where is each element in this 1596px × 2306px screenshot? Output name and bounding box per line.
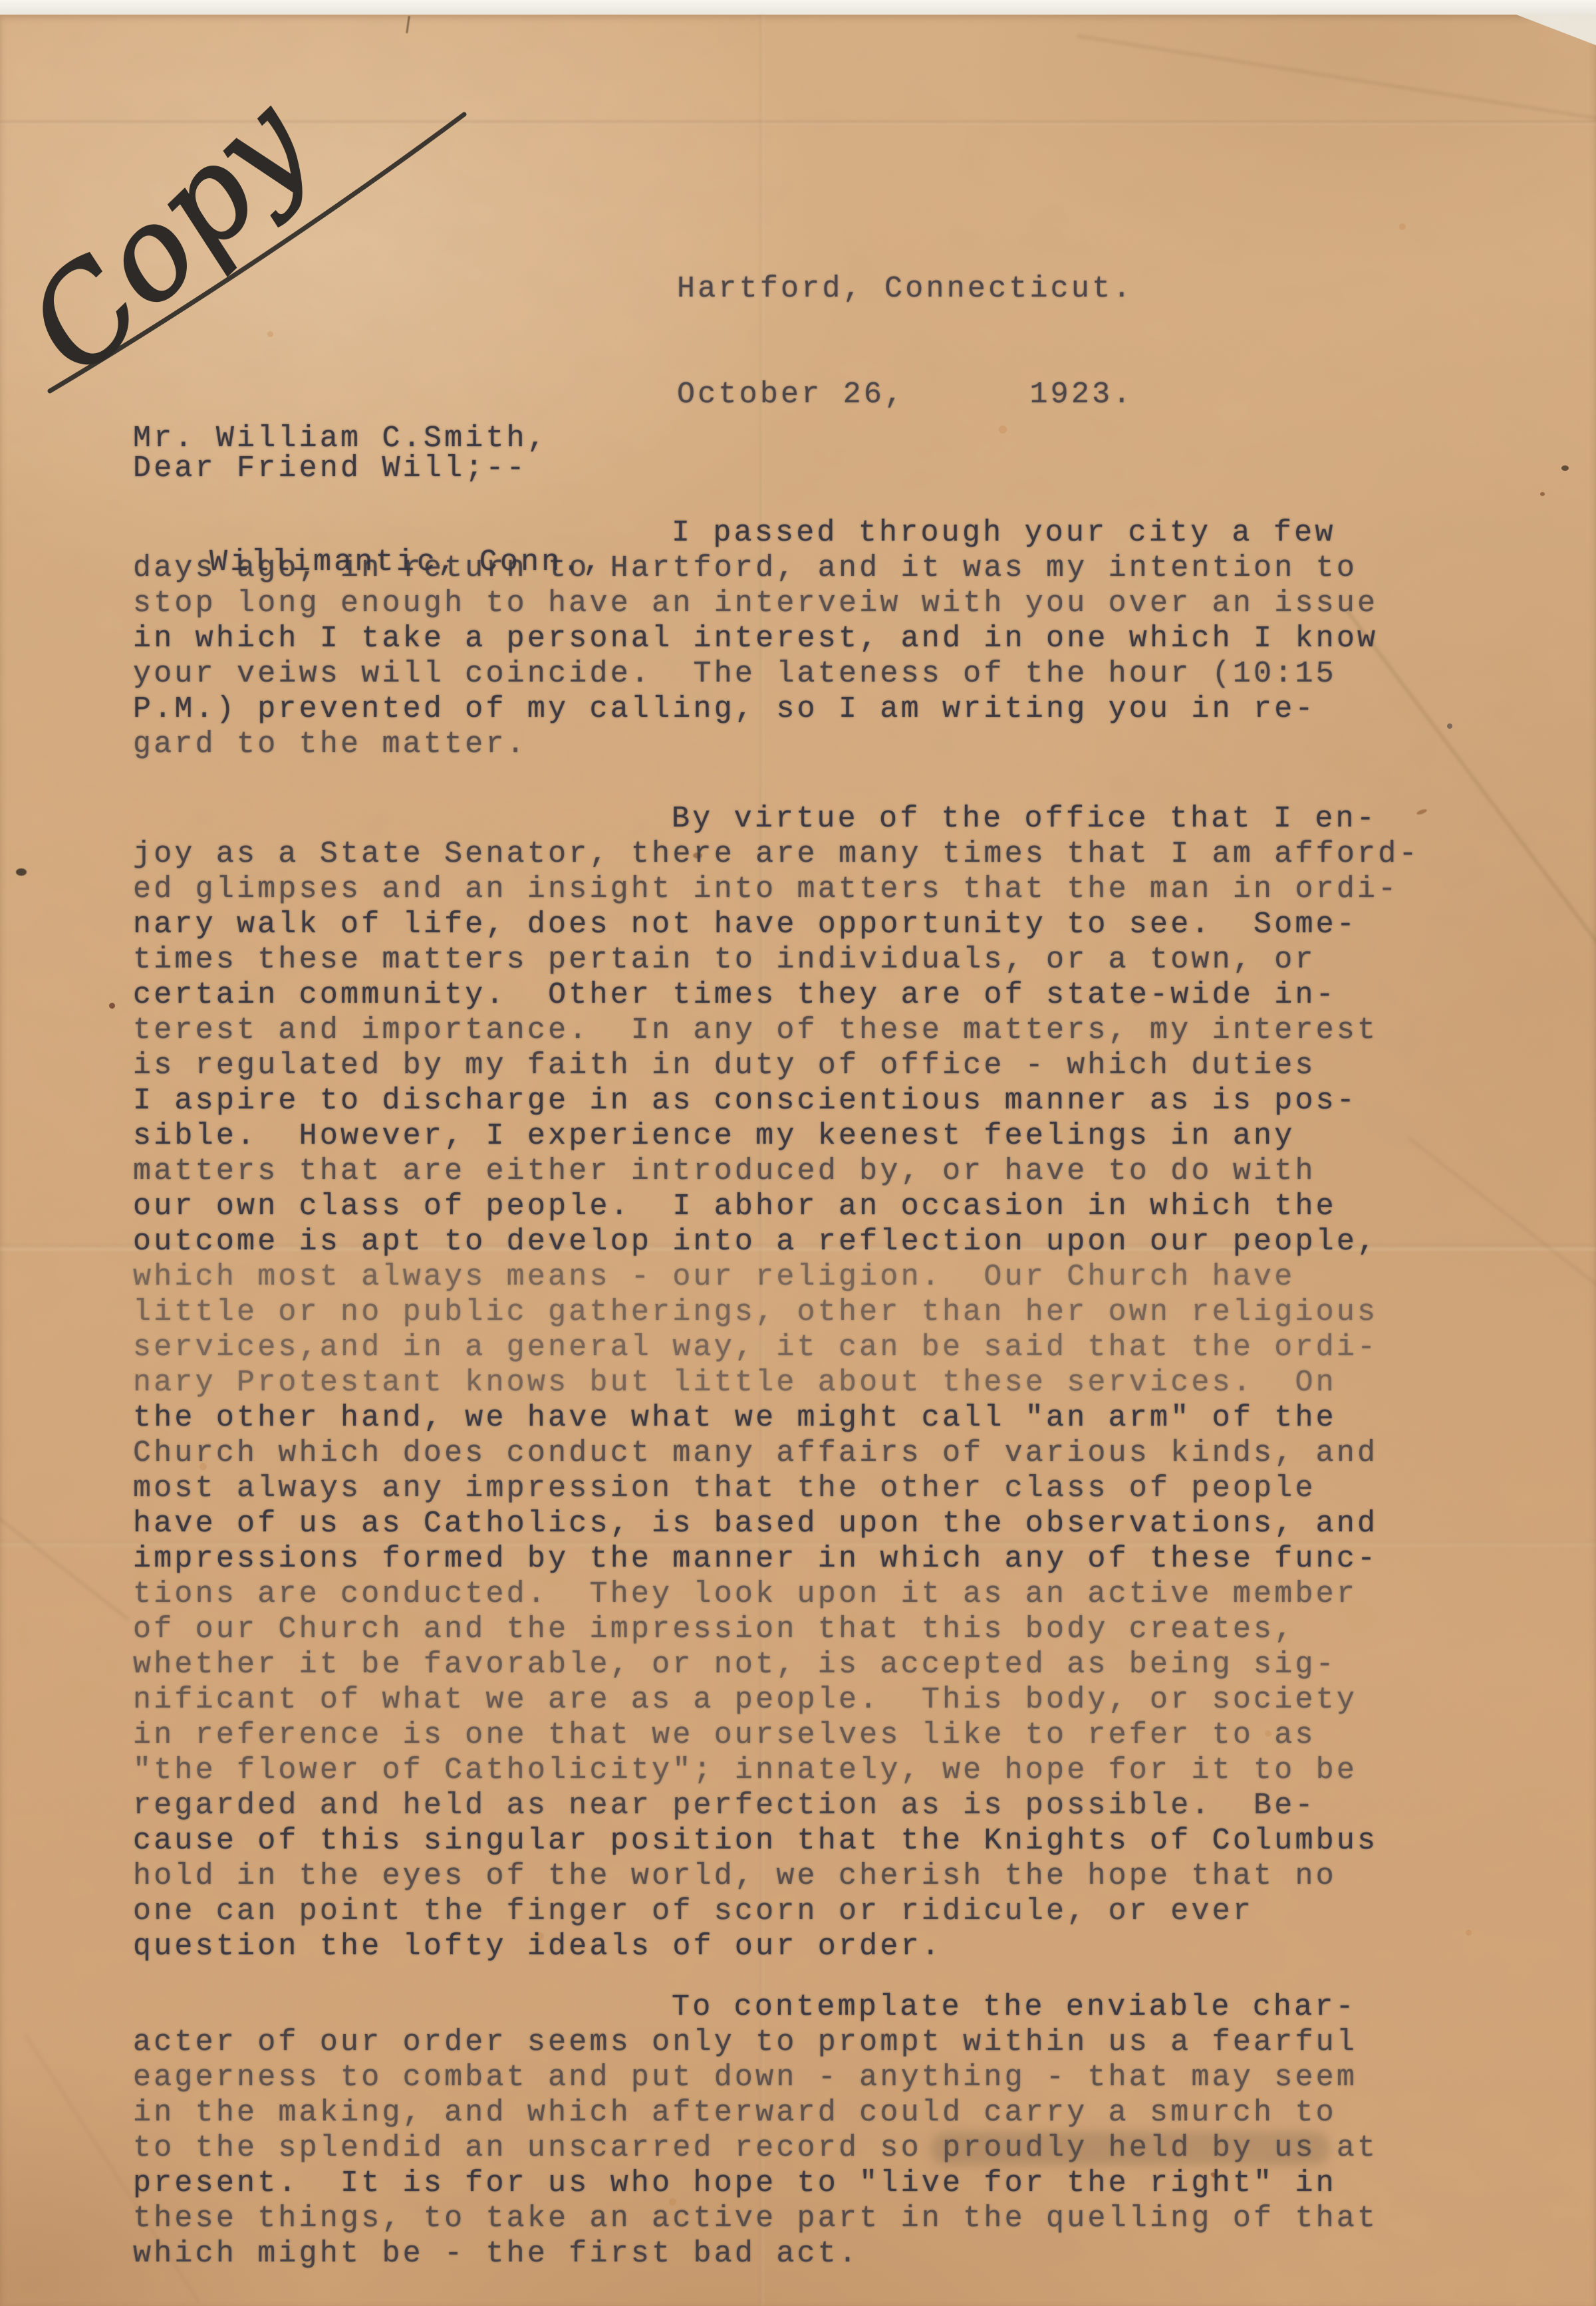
- letter-line: whether it be favorable, or not, is acce…: [133, 1647, 1420, 1682]
- dateline-place: Hartford, Connecticut.: [677, 271, 1134, 307]
- letter-line: sible. However, I experience my keenest …: [133, 1118, 1420, 1154]
- letter-line: I passed through your city a few: [133, 515, 1420, 551]
- letter-line: times these matters pertain to individua…: [133, 942, 1420, 977]
- paragraph: I passed through your city a fewdays ago…: [133, 515, 1420, 762]
- letter-line: which might be - the first bad act.: [133, 2236, 1420, 2271]
- letter-line: days ago, in return to Hartford, and it …: [133, 551, 1420, 586]
- letter-line: these things, to take an active part in …: [133, 2201, 1420, 2236]
- letter-line: Church which does conduct many affairs o…: [133, 1436, 1420, 1471]
- letter-line: which most always means - our religion. …: [133, 1259, 1420, 1295]
- letter-line: outcome is apt to develop into a reflect…: [133, 1224, 1420, 1259]
- letter-line: hold in the eyes of the world, we cheris…: [133, 1858, 1420, 1894]
- letter-line: our own class of people. I abhor an occa…: [133, 1189, 1420, 1224]
- letter-line: acter of our order seems only to prompt …: [133, 2025, 1420, 2060]
- letter-line: ed glimpses and an insight into matters …: [133, 872, 1420, 907]
- letter-line: is regulated by my faith in duty of offi…: [133, 1048, 1420, 1083]
- letter-line: terest and importance. In any of these m…: [133, 1013, 1420, 1048]
- letter-line: joy as a State Senator, there are many t…: [133, 836, 1420, 872]
- letter-line: the other hand, we have what we might ca…: [133, 1400, 1420, 1436]
- letter-line: of our Church and the impression that th…: [133, 1612, 1420, 1647]
- letter-line: in the making, and which afterward could…: [133, 2095, 1420, 2130]
- letter-line: your veiws will coincide. The lateness o…: [133, 656, 1420, 692]
- letter-line: services,and in a general way, it can be…: [133, 1330, 1420, 1365]
- letter-line: to the splendid an unscarred record so p…: [133, 2130, 1420, 2166]
- letter-line: certain community. Other times they are …: [133, 977, 1420, 1013]
- letter-line: have of us as Catholics, is based upon t…: [133, 1506, 1420, 1541]
- letter-line: cause of this singular position that the…: [133, 1823, 1420, 1858]
- letter-line: question the lofty ideals of our order.: [133, 1929, 1420, 1964]
- letter-line: "the flower of Catholicity"; innately, w…: [133, 1753, 1420, 1788]
- letter-line: eagerness to combat and put down - anyth…: [133, 2060, 1420, 2095]
- letter-line: By virtue of the office that I en-: [133, 801, 1420, 836]
- letter-line: nary Protestant knows but little about t…: [133, 1365, 1420, 1400]
- letter-line: matters that are either introduced by, o…: [133, 1154, 1420, 1189]
- paragraph: By virtue of the office that I en-joy as…: [133, 801, 1420, 1964]
- salutation: Dear Friend Will;--: [133, 451, 527, 486]
- letter-line: in reference is one that we ourselves li…: [133, 1718, 1420, 1753]
- scanner-bed-strip: [0, 0, 1596, 16]
- letter-line: in which I take a personal interest, and…: [133, 621, 1420, 656]
- letter-line: stop long enough to have an interveiw wi…: [133, 586, 1420, 621]
- scanned-letter-page: { "colors": { "paper": "#d7ac7f", "ink":…: [0, 0, 1596, 2306]
- letter-line: one can point the finger of scorn or rid…: [133, 1894, 1420, 1929]
- letter-line: P.M.) prevented of my calling, so I am w…: [133, 692, 1420, 727]
- dateline-date: October 26, 1923.: [677, 377, 1134, 412]
- letter-line: regarded and held as near perfection as …: [133, 1788, 1420, 1823]
- letter-line: To contemplate the enviable char-: [133, 1989, 1420, 2025]
- letter-line: most always any impression that the othe…: [133, 1471, 1420, 1506]
- letter-line: I aspire to discharge in as conscientiou…: [133, 1083, 1420, 1118]
- letter-line: tions are conducted. They look upon it a…: [133, 1577, 1420, 1612]
- letter-line: present. It is for us who hope to "live …: [133, 2166, 1420, 2201]
- paragraph: To contemplate the enviable char-acter o…: [133, 1989, 1420, 2271]
- letter-line: nary walk of life, does not have opportu…: [133, 907, 1420, 942]
- letter-line: gard to the matter.: [133, 727, 1420, 762]
- letter-line: nificant of what we are as a people. Thi…: [133, 1682, 1420, 1718]
- dateline: Hartford, Connecticut. October 26, 1923.: [677, 201, 1134, 448]
- letter-line: little or no public gatherings, other th…: [133, 1295, 1420, 1330]
- letter-line: impressions formed by the manner in whic…: [133, 1541, 1420, 1577]
- letter-body: I passed through your city a fewdays ago…: [133, 515, 1420, 2271]
